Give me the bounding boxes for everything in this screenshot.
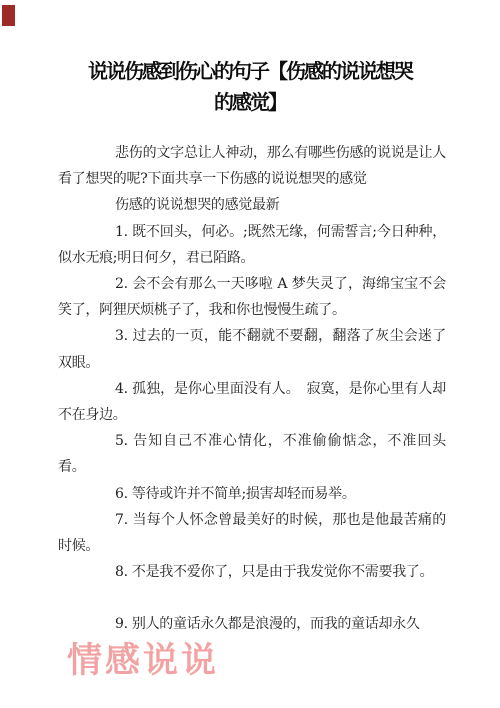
paragraph-subheading: 伤感的说说想哭的感觉最新	[58, 192, 446, 218]
list-item-5: 5. 告知自己不准心情化，不准偷偷惦念，不准回头看。	[58, 428, 446, 480]
paragraph-intro: 悲伤的文字总让人神动，那么有哪些伤感的说说是让人看了想哭的呢?下面共享一下伤感的…	[58, 140, 446, 192]
page-title: 说说伤感到伤心的句子【伤感的说说想哭的感觉】	[80, 57, 420, 119]
document-page: { "page": { "title": "说说伤感到伤心的句子【伤感的说说想哭…	[0, 0, 500, 708]
list-item-7: 7. 当每个人怀念曾最美好的时候，那也是他最苦痛的时候。	[58, 507, 446, 559]
list-item-3: 3. 过去的一页，能不翻就不要翻，翻落了灰尘会迷了双眼。	[58, 323, 446, 375]
list-item-8: 8. 不是我不爱你了，只是由于我发觉你不需要我了。	[58, 559, 446, 585]
list-item-4: 4. 孤独，是你心里面没有人。 寂寞，是你心里有人却不在身边。	[58, 376, 446, 428]
list-item-2: 2. 会不会有那么一天哆啦 A 梦失灵了，海绵宝宝不会笑了，阿狸厌烦桃子了，我和…	[58, 271, 446, 323]
watermark-qingan-shuoshuo: 情感说说	[67, 642, 219, 680]
list-item-9: 9. 别人的童话永久都是浪漫的，而我的童话却永久	[58, 611, 446, 637]
red-corner-bookmark	[2, 5, 15, 26]
document-body: 悲伤的文字总让人神动，那么有哪些伤感的说说是让人看了想哭的呢?下面共享一下伤感的…	[58, 140, 446, 638]
list-item-6: 6. 等待或许并不简单;损害却轻而易举。	[58, 481, 446, 507]
list-item-1: 1. 既不回头，何必。;既然无缘，何需誓言;今日种种，似水无痕;明日何夕，君已陌…	[58, 219, 446, 271]
